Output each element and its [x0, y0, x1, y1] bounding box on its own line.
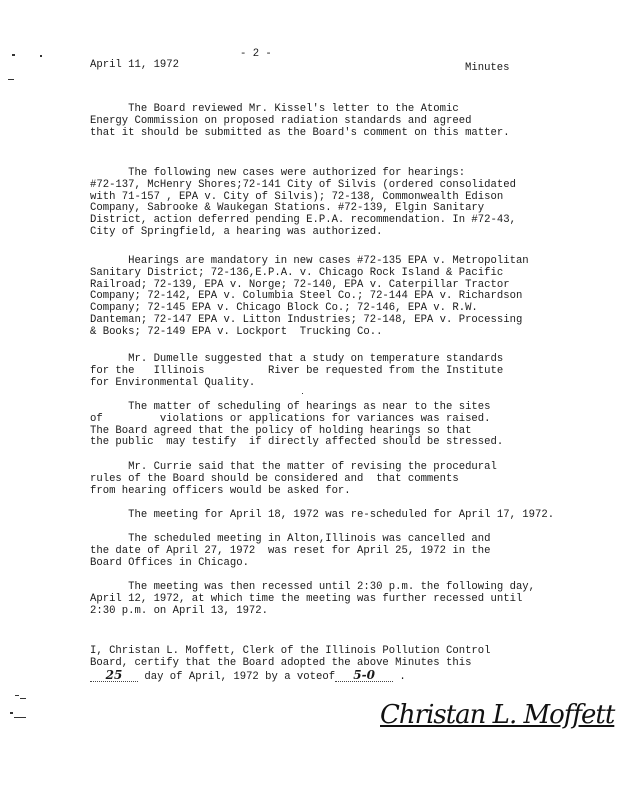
text-line: Danteman; 72-147 EPA v. Litton Industrie… — [90, 315, 610, 327]
text-line: for the Illinois River be requested from… — [90, 366, 610, 378]
header-date: April 11, 1972 — [90, 60, 179, 72]
text-line: of violations or applications for varian… — [90, 414, 610, 426]
scan-mark — [15, 695, 19, 696]
paragraph-temperature-standards: Mr. Dumelle suggested that a study on te… — [90, 354, 610, 389]
scan-mark — [20, 698, 26, 699]
scan-mark — [14, 717, 26, 718]
scan-mark — [40, 55, 42, 57]
text-line: & Books; 72-149 EPA v. Lockport Trucking… — [90, 327, 610, 339]
certification-line: 25 day of April, 1972 by a voteof5-0 . — [90, 670, 610, 682]
scan-mark — [12, 54, 15, 56]
text-line: rules of the Board should be considered … — [90, 474, 610, 486]
text-line: Sanitary District; 72-136,E.P.A. v. Chic… — [90, 268, 610, 280]
page-number: - 2 - — [240, 49, 272, 61]
certification-text: day of April, 1972 by a voteof — [138, 671, 335, 683]
text-line: from hearing officers would be asked for… — [90, 486, 610, 498]
text-line: the date of April 27, 1972 was reset for… — [90, 546, 610, 558]
certification-end: . — [393, 671, 406, 683]
text-line: Energy Commission on proposed radiation … — [90, 116, 610, 128]
text-line: Board Offices in Chicago. — [90, 558, 610, 570]
certification-block: I, Christan L. Moffett, Clerk of the Ill… — [90, 646, 610, 681]
certification-line: Board, certify that the Board adopted th… — [90, 658, 610, 670]
paragraph-procedural-rules: Mr. Currie said that the matter of revis… — [90, 462, 610, 497]
paragraph-scheduling-hearings: The matter of scheduling of hearings as … — [90, 402, 610, 449]
scan-mark — [10, 712, 13, 714]
paragraph-new-cases: The following new cases were authorized … — [90, 168, 610, 239]
text-line: The meeting for April 18, 1972 was re-sc… — [90, 510, 610, 522]
text-line: 2:30 p.m. on April 13, 1972. — [90, 606, 610, 618]
scan-mark — [8, 79, 14, 80]
text-line: #72-137, McHenry Shores;72-141 City of S… — [90, 180, 610, 192]
paragraph-recess: The meeting was then recessed until 2:30… — [90, 582, 610, 617]
paragraph-mandatory-hearings: Hearings are mandatory in new cases #72-… — [90, 256, 610, 339]
text-line: City of Springfield, a hearing was autho… — [90, 227, 610, 239]
vote-fill-in: 5-0 — [335, 670, 393, 683]
paragraph-atomic-energy: The Board reviewed Mr. Kissel's letter t… — [90, 104, 610, 139]
text-line: that it should be submitted as the Board… — [90, 128, 610, 140]
text-line: for Environmental Quality. — [90, 378, 610, 390]
paragraph-rescheduled: The meeting for April 18, 1972 was re-sc… — [90, 510, 610, 522]
header-section: Minutes — [465, 63, 510, 75]
scan-mark — [302, 393, 303, 394]
text-line: April 12, 1972, at which time the meetin… — [90, 594, 610, 606]
day-fill-in: 25 — [90, 670, 138, 683]
text-line: the public may testify if directly affec… — [90, 437, 610, 449]
clerk-signature: Christan L. Moffett — [380, 695, 610, 735]
paragraph-alton-meeting: The scheduled meeting in Alton,Illinois … — [90, 534, 610, 569]
